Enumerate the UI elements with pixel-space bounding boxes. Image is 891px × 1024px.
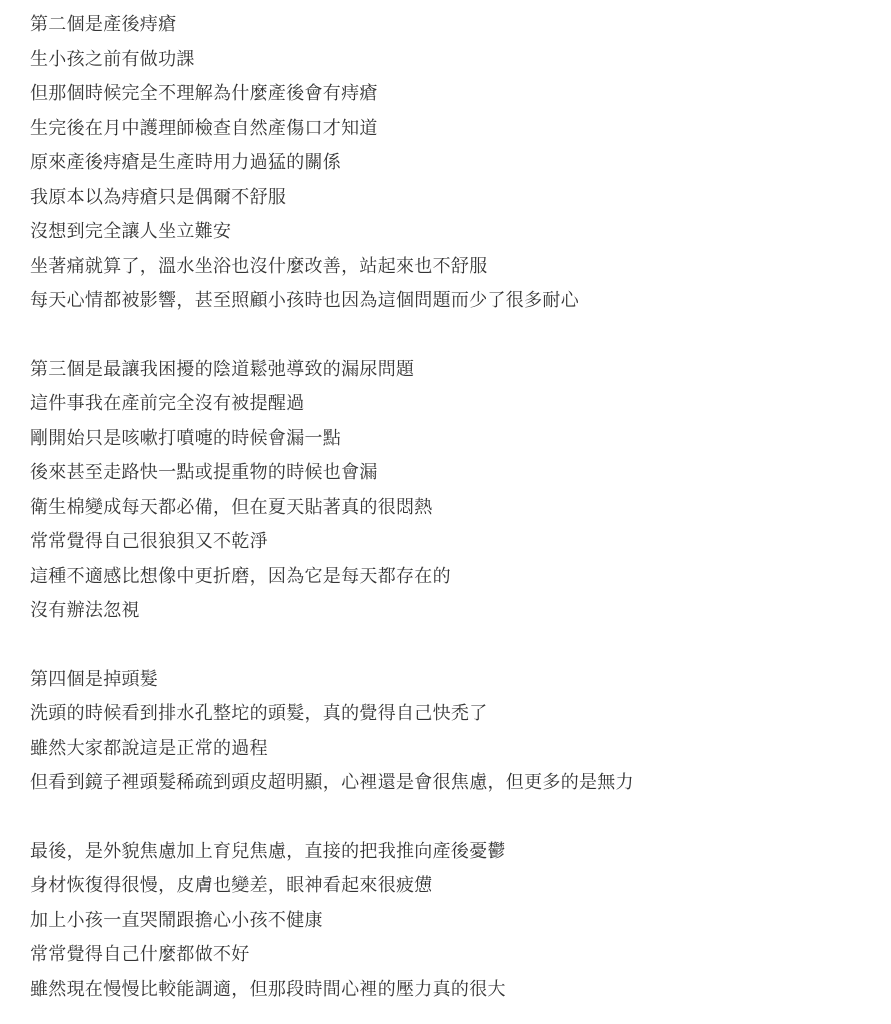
text-line: 加上小孩一直哭鬧跟擔心小孩不健康 <box>30 904 891 939</box>
text-line: 洗頭的時候看到排水孔整坨的頭髮，真的覺得自己快禿了 <box>30 697 891 732</box>
text-line: 但看到鏡子裡頭髮稀疏到頭皮超明顯，心裡還是會很焦慮，但更多的是無力 <box>30 766 891 801</box>
paragraph-hair-loss: 第四個是掉頭髮 洗頭的時候看到排水孔整坨的頭髮，真的覺得自己快禿了 雖然大家都說… <box>30 663 891 801</box>
text-line: 我原本以為痔瘡只是偶爾不舒服 <box>30 181 891 216</box>
text-line: 原來產後痔瘡是生產時用力過猛的關係 <box>30 146 891 181</box>
text-line: 但那個時候完全不理解為什麼產後會有痔瘡 <box>30 77 891 112</box>
text-line: 雖然大家都說這是正常的過程 <box>30 732 891 767</box>
text-line: 第二個是產後痔瘡 <box>30 8 891 43</box>
text-line: 第三個是最讓我困擾的陰道鬆弛導致的漏尿問題 <box>30 353 891 388</box>
text-line: 剛開始只是咳嗽打噴嚏的時候會漏一點 <box>30 422 891 457</box>
text-line: 沒有辦法忽視 <box>30 594 891 629</box>
text-line: 每天心情都被影響，甚至照顧小孩時也因為這個問題而少了很多耐心 <box>30 284 891 319</box>
text-line: 這件事我在產前完全沒有被提醒過 <box>30 387 891 422</box>
text-line: 身材恢復得很慢，皮膚也變差，眼神看起來很疲憊 <box>30 869 891 904</box>
text-line: 這種不適感比想像中更折磨，因為它是每天都存在的 <box>30 560 891 595</box>
text-line: 最後，是外貌焦慮加上育兒焦慮，直接的把我推向產後憂鬱 <box>30 835 891 870</box>
text-line: 坐著痛就算了，溫水坐浴也沒什麼改善，站起來也不舒服 <box>30 250 891 285</box>
text-line: 雖然現在慢慢比較能調適，但那段時間心裡的壓力真的很大 <box>30 973 891 1008</box>
paragraph-hemorrhoids: 第二個是產後痔瘡 生小孩之前有做功課 但那個時候完全不理解為什麼產後會有痔瘡 生… <box>30 8 891 319</box>
document-body: 第二個是產後痔瘡 生小孩之前有做功課 但那個時候完全不理解為什麼產後會有痔瘡 生… <box>0 0 891 1007</box>
text-line: 第四個是掉頭髮 <box>30 663 891 698</box>
text-line: 沒想到完全讓人坐立難安 <box>30 215 891 250</box>
text-line: 生完後在月中護理師檢查自然產傷口才知道 <box>30 112 891 147</box>
text-line: 衛生棉變成每天都必備，但在夏天貼著真的很悶熱 <box>30 491 891 526</box>
text-line: 常常覺得自己很狼狽又不乾淨 <box>30 525 891 560</box>
paragraph-depression: 最後，是外貌焦慮加上育兒焦慮，直接的把我推向產後憂鬱 身材恢復得很慢，皮膚也變差… <box>30 835 891 1008</box>
text-line: 常常覺得自己什麼都做不好 <box>30 938 891 973</box>
paragraph-incontinence: 第三個是最讓我困擾的陰道鬆弛導致的漏尿問題 這件事我在產前完全沒有被提醒過 剛開… <box>30 353 891 629</box>
text-line: 生小孩之前有做功課 <box>30 43 891 78</box>
text-line: 後來甚至走路快一點或提重物的時候也會漏 <box>30 456 891 491</box>
